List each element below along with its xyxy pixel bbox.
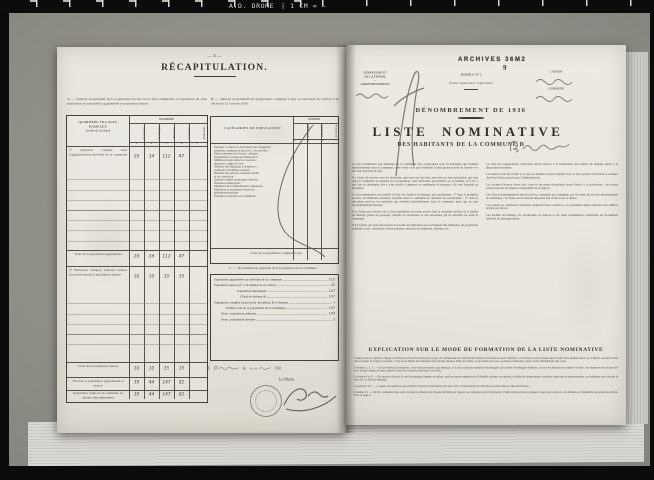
table-a-row-agglomeration: 1° Quartiers compris dans l'agglomératio… <box>69 148 127 170</box>
book-page-edges-right <box>626 52 648 424</box>
frame-bottom <box>0 466 654 480</box>
ruler-caption: A.D. DROME| 1 CM = — <box>229 2 333 10</box>
archives-number-stamp: 9 <box>503 64 507 72</box>
table-a-subcol-2: de ménages <box>137 129 152 137</box>
paper-stain <box>237 107 307 157</box>
explication-heading: EXPLICATION SUR LE MODE DE FORMATION DE … <box>346 347 626 353</box>
table-a-subcol-5: d'individus <box>182 129 197 137</box>
archive-name-label: A.D. DROME <box>229 2 274 10</box>
date-line: A le 193 . <box>207 365 340 375</box>
handwritten-canton <box>534 77 578 85</box>
handwritten-commune-name <box>506 139 570 155</box>
book-fold-shadow <box>336 45 356 433</box>
archives-cote-stamp: ARCHIVES 36M2 <box>458 57 568 63</box>
recap-generale-box: Population agglomérée au chef-lieu de la… <box>210 274 339 361</box>
frame-left <box>0 0 9 480</box>
recapitulation-title: RÉCAPITULATION. <box>97 63 332 73</box>
explication-paragraphs: Chaque nom de quartier, village ou hamea… <box>354 357 618 419</box>
measurement-ruler-strip: A.D. DROME| 1 CM = — <box>0 0 654 13</box>
table-a-row-population-totale: Population totale de la commune au derni… <box>69 391 127 401</box>
scanned-census-document: A.D. DROME| 1 CM = — — 4 — RÉCAPITULATIO… <box>0 0 654 480</box>
left-page-recapitulation: — 4 — RÉCAPITULATION. A. — Tableau récap… <box>57 47 346 433</box>
maire-signature <box>279 383 339 413</box>
table-a-quartiers-header: QUARTIERS, VILLAGES, HAMEAUX (ordre de l… <box>68 120 128 144</box>
recap-label: Population agglomérée au chef-lieu de la… <box>214 278 282 283</box>
paper-stain <box>556 225 616 345</box>
modele-rule <box>464 89 478 90</box>
paper-stain <box>77 197 137 287</box>
table-a-subcol-1: de maisons <box>122 129 137 137</box>
recap-value: 112 <box>329 277 335 282</box>
denombrement-rule <box>458 117 484 119</box>
date-year: 193 . <box>275 366 283 371</box>
denombrement-title: DÉNOMBREMENT DE 1936 <box>346 107 596 114</box>
instructions-column-1: La liste nominative des habitants de la … <box>352 163 478 341</box>
table-a-subcol-4: de femmes <box>167 129 182 137</box>
handwritten-commune <box>534 94 578 102</box>
ruler-scale-label: | 1 CM = — <box>281 2 326 10</box>
table-a-row-total-eparse: Total de la population éparse <box>69 364 127 376</box>
table-a-subcol-3: d'hommes <box>152 129 167 137</box>
section-a-heading: A. — Tableau récapitulatif de la populat… <box>67 97 207 113</box>
liste-nominative-title: LISTE NOMINATIVE <box>346 124 590 140</box>
frame-right <box>650 0 654 480</box>
handwritten-date <box>248 365 272 371</box>
recap-lines: Population agglomérée au chef-lieu de la… <box>214 277 335 358</box>
title-rule <box>194 76 236 77</box>
table-a-empty-rows-2 <box>67 294 207 354</box>
ruler-ticks-right <box>322 0 652 6</box>
handwritten-place-name <box>212 365 240 371</box>
date-mid: le <box>243 366 246 371</box>
right-page-liste-nominative: ARCHIVES 36M2 9 DÉPARTEMENT DE LA DRÔME … <box>346 45 626 425</box>
handwritten-paraph <box>388 68 432 178</box>
date-prefix: A <box>207 366 210 371</box>
